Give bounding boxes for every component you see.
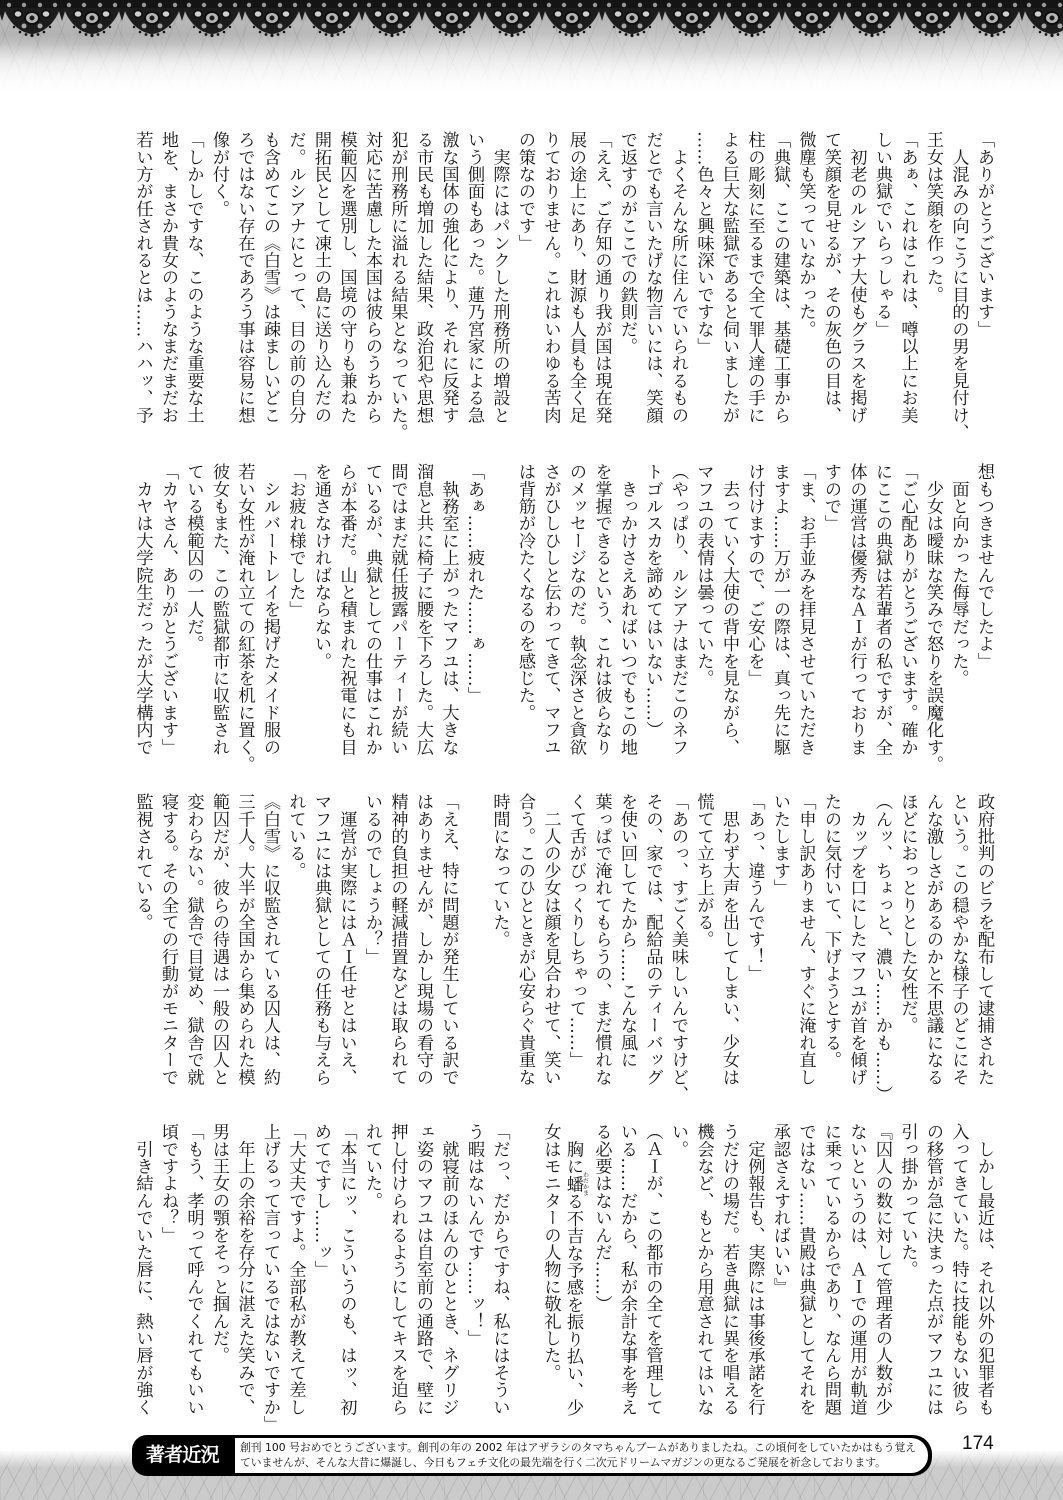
text-column: ろではない存在であろう事は容易に想 <box>231 131 257 424</box>
text-column: いる……だから、私が余計な事を考え <box>614 1123 640 1416</box>
text-column: という。この穏やかな様子のどこにそ <box>945 793 971 1086</box>
ruby-reading: わだかま <box>582 1172 589 1196</box>
text-column: だとでも言いたげな物言いには、笑顔 <box>639 131 665 424</box>
text-column: 《白雪》に収監されている囚人は、約 <box>257 793 283 1086</box>
magazine-page: 「ありがとうございます」 人混みの向こうに目的の男を見付け、 王女は笑顔を作った… <box>0 0 1063 1500</box>
text-column: 地を、まさか貴女のようなまだまだお <box>155 131 181 424</box>
text-column: の策なのです」 <box>512 131 538 424</box>
text-column: だ。ルシアナにとって、目の前の自分 <box>282 131 308 424</box>
text-column: 「カヤさん、ありがとうございます」 <box>155 463 181 756</box>
text-column: 「ええ、特に問題が発生している訳で <box>435 793 461 1086</box>
text-column: のメッセージなのだ。執念深さと貪欲 <box>563 463 589 756</box>
text-column: 「ま、お手並みを拝見させていただき <box>792 463 818 756</box>
text-column: ますよ……万が一の際は、真っ先に駆 <box>767 463 793 756</box>
text-column: 頃ですよね？」 <box>155 1123 181 1416</box>
text-column: 合う。このひとときが心安らぐ貴重な <box>512 793 538 1086</box>
text-column: シルバートレイを掲げたメイド服の <box>257 463 283 756</box>
text-column: 三千人。大半が全国から集められた模 <box>231 793 257 1086</box>
text-column: 男は王女の顎をそっと掴んだ。 <box>206 1123 232 1416</box>
text-column: マフユの表情は曇っていた。 <box>690 463 716 756</box>
text-column: 運営が実際にはＡＩ任せとはいえ、 <box>333 793 359 1086</box>
text-column: 葉っぱで淹れてもらうの、まだ慣れな <box>588 793 614 1086</box>
text-column: 「ご心配ありがとうございます。確か <box>894 463 920 756</box>
text-column: を掌握できるという、これは彼らなり <box>588 463 614 756</box>
text-column: て笑顔を見せるが、その灰色の目は、 <box>818 131 844 424</box>
page-number: 174 <box>962 1433 994 1455</box>
text-column: いるのでしょうか？」 <box>359 793 385 1086</box>
text-column: 「あっ、違うんです！」 <box>741 793 767 1086</box>
text-column: 慌てて立ち上がる。 <box>690 793 716 1086</box>
text-column: 犯が刑務所に溢れる結果となっていた。 <box>384 131 410 424</box>
text-tier-3: 政府批判のビラを配布して逮捕された という。この穏やかな様子のどこにそ んな激し… <box>129 793 996 1086</box>
author-note-label: 著者近況 <box>146 1435 234 1476</box>
scene-break-blank-column <box>512 1123 538 1416</box>
text-column: 年上の余裕を存分に湛えた笑みで、 <box>231 1123 257 1416</box>
text-column: け付けますので、ご安心を」 <box>741 463 767 756</box>
text-column: 入ってきていた。特に技能もない彼ら <box>945 1123 971 1416</box>
text-column: 「典獄、ここの建築は、基礎工事から <box>767 131 793 424</box>
text-column: にここの典獄は若輩者の私ですが、全 <box>869 463 895 756</box>
text-column: 「本当にッ、こういうのも、はッ、初 <box>333 1123 359 1416</box>
text-column: い。 <box>665 1123 691 1416</box>
text-column: れている。 <box>282 793 308 1086</box>
text-column: カヤは大学院生だったが大学構内で <box>129 463 155 756</box>
text-column: 範囚だが、彼らの待遇は一般の囚人と <box>206 793 232 1086</box>
text-column: 思わず大声を出してしまい、少女は <box>716 793 742 1086</box>
text-column: る市民も増加した結果、政治犯や思想 <box>410 131 436 424</box>
text-column: マフユには典獄としての任務も与えら <box>308 793 334 1086</box>
text-column: カップを口にしたマフユが首を傾げ <box>843 793 869 1086</box>
text-column: う暇はないんです……ッ！」 <box>461 1123 487 1416</box>
text-column: 模範囚を選別し、国境の守りも兼ねた <box>333 131 359 424</box>
text-column: （んッ、ちょっと、濃い……かも……） <box>869 793 895 1086</box>
text-column: 「申し訳ありません、すぐに淹れ直し <box>792 793 818 1086</box>
text-column: きっかけさえあればいつでもこの地 <box>614 463 640 756</box>
text-column: 対応に苦慮した本国は彼らのうちから <box>359 131 385 424</box>
text-column: を通さなければならない。 <box>308 463 334 756</box>
author-note-line: 創刊 100 号おめでとうございます。創刊の年の 2002 年はアザラシのタマち… <box>240 1440 928 1455</box>
text-column: 就寝前のほんのひととき、ネグリジ <box>435 1123 461 1416</box>
author-note-line: ていませんが、そんな大昔に爆誕し、今日もフェチ文化の最先端を行く二次元ドリームマ… <box>240 1455 928 1470</box>
text-column: 微塵も笑っていなかった。 <box>792 131 818 424</box>
text-column: 人混みの向こうに目的の男を見付け、 <box>945 131 971 424</box>
text-column: で返すのがここでの鉄則だ。 <box>614 131 640 424</box>
text-column: 監視されている。 <box>129 793 155 1086</box>
text-column: 「だっ、だからですね、私にはそうい <box>486 1123 512 1416</box>
text-column: 彼女もまた、この監獄都市に収監され <box>206 463 232 756</box>
text-column: くて舌がびっくりしちゃって……」 <box>563 793 589 1086</box>
text-segment: る不吉な予感を振り払い、少 <box>563 1193 583 1417</box>
text-column: よくそんな所に住んでいられるもの <box>665 131 691 424</box>
text-column: 「あぁ……疲れた……ぁ……」 <box>461 463 487 756</box>
text-column: ないというのは、ＡＩでの運用が軌道 <box>843 1123 869 1416</box>
text-column: 若い方が任されるとは……ハハッ、予 <box>129 131 155 424</box>
text-column: さがひしひしと伝わってきて、マフユ <box>537 463 563 756</box>
text-column: その、家では、配給品のティーバッグ <box>639 793 665 1086</box>
text-column: うだけの場だ。若き典獄に異を唱える <box>716 1123 742 1416</box>
text-column: も含めてこの《白雪》は疎ましいどこ <box>257 131 283 424</box>
text-column: 時間になっていた。 <box>486 793 512 1086</box>
text-column: ではない……貴殿は典獄としてそれを <box>792 1123 818 1416</box>
author-note-box: 著者近況 創刊 100 号おめでとうございます。創刊の年の 2002 年はアザラ… <box>132 1435 932 1476</box>
text-column: 政府批判のビラを配布して逮捕された <box>971 793 997 1086</box>
text-column: 上げるって言っているではないですか」 <box>257 1123 283 1416</box>
text-column: 「ええ、ご存知の通り我が国は現在発 <box>588 131 614 424</box>
text-column: 『囚人の数に対して管理者の人数が少 <box>869 1123 895 1416</box>
text-column: 体の運営は優秀なＡＩが行っておりま <box>843 463 869 756</box>
text-column: を使い回してたから……こんな風に <box>614 793 640 1086</box>
text-column: らが本番だ。山と積まれた祝電にも目 <box>333 463 359 756</box>
text-column: 想もつきませんでしたよ」 <box>971 463 997 756</box>
text-column: 二人の少女は顔を見合わせて、笑い <box>537 793 563 1086</box>
scene-break-blank-column <box>486 463 512 756</box>
text-column: 「もう、孝明って呼んでくれてもいい <box>180 1123 206 1416</box>
text-column: いたします」 <box>767 793 793 1086</box>
text-column: 初老のルシアナ大使もグラスを掲げ <box>843 131 869 424</box>
text-column: 機会など、もとから用意されてはいな <box>690 1123 716 1416</box>
text-column: 承認さえすればいい』 <box>767 1123 793 1416</box>
text-column: 像が付く。 <box>206 131 232 424</box>
text-column: 引き結んでいた唇に、熱い唇が強く <box>129 1123 155 1416</box>
text-column: 引っ掛かっていた。 <box>894 1123 920 1416</box>
text-tier-2: 想もつきませんでしたよ」 面と向かった侮辱だった。 少女は曖昧な笑みで怒りを誤魔… <box>129 463 996 756</box>
text-column: 押し付けられるようにしてキスを迫ら <box>384 1123 410 1416</box>
text-column: たのに気付いて、下げようとする。 <box>818 793 844 1086</box>
text-segment: 胸に <box>563 1123 583 1175</box>
text-column: 面と向かった侮辱だった。 <box>945 463 971 756</box>
text-column: 精神的負担の軽減措置などは取られて <box>384 793 410 1086</box>
text-column: りておりません。これはいわゆる苦肉 <box>537 131 563 424</box>
text-column: 「あぁ、これはこれは、噂以上にお美 <box>894 131 920 424</box>
text-column: ェ姿のマフユは自室前の通路で、壁に <box>410 1123 436 1416</box>
text-column: 女はモニターの人物に敬礼した。 <box>537 1123 563 1416</box>
text-column: いう側面もあった。蓮乃宮家による急 <box>461 131 487 424</box>
text-column: 変わらない。獄舎で目覚め、獄舎で就 <box>180 793 206 1086</box>
text-column: れていた。 <box>359 1123 385 1416</box>
text-column: ている模範囚の一人だ。 <box>180 463 206 756</box>
text-column: しかし最近は、それ以外の犯罪者も <box>971 1123 997 1416</box>
text-column: 「お疲れ様でした」 <box>282 463 308 756</box>
text-column: ほどにおっとりとした女性だ。 <box>894 793 920 1086</box>
text-tier-4: しかし最近は、それ以外の犯罪者も 入ってきていた。特に技能もない彼ら の移管が急… <box>129 1123 996 1416</box>
text-column: 柱の彫刻に至るまで全て罪人達の手に <box>741 131 767 424</box>
text-column: ているが、典獄としての仕事はこれか <box>359 463 385 756</box>
text-column-with-ruby: 胸に蟠わだかまる不吉な予感を振り払い、少 <box>563 1123 589 1416</box>
text-column: は背筋が冷たくなるのを感じた。 <box>512 463 538 756</box>
text-column: めてですし……ッ」 <box>308 1123 334 1416</box>
text-column: すので」 <box>818 463 844 756</box>
text-column: 開拓民として凍土の島に送り込んだの <box>308 131 334 424</box>
text-column: んな激しさがあるのかと不思議になる <box>920 793 946 1086</box>
text-column: 「大丈夫ですよ。全部私が教えて差し <box>282 1123 308 1416</box>
text-column: 若い女性が淹れ立ての紅茶を机に置く。 <box>231 463 257 756</box>
text-column: の移管が急に決まった点がマフユには <box>920 1123 946 1416</box>
text-column: トゴルスカを諦めてはいない……） <box>639 463 665 756</box>
text-column: 定例報告も、実際には事後承諾を行 <box>741 1123 767 1416</box>
text-column: 「ありがとうございます」 <box>971 131 997 424</box>
text-column: 「しかしですな、このような重要な土 <box>180 131 206 424</box>
text-column: 寝する。その全ての行動がモニターで <box>155 793 181 1086</box>
text-column: （やっぱり、ルシアナはまだこのネフ <box>665 463 691 756</box>
text-column: 間ではまだ就任披露パーティーが続い <box>384 463 410 756</box>
text-tier-1: 「ありがとうございます」 人混みの向こうに目的の男を見付け、 王女は笑顔を作った… <box>129 131 996 424</box>
text-column: 王女は笑顔を作った。 <box>920 131 946 424</box>
text-column: ……色々と興味深いですな」 <box>690 131 716 424</box>
text-column: しい典獄でいらっしゃる」 <box>869 131 895 424</box>
scene-break-blank-column <box>461 793 487 1086</box>
text-column: はありませんが、しかし現場の看守の <box>410 793 436 1086</box>
ruby-annotation: 蟠わだかま <box>563 1175 583 1193</box>
text-column: に乗っているからであり、なんら問題 <box>818 1123 844 1416</box>
text-column: る必要はないんだ……） <box>588 1123 614 1416</box>
text-column: （ＡＩが、この都市の全てを管理して <box>639 1123 665 1416</box>
text-column: 展の途上にあり、財源も人員も全く足 <box>563 131 589 424</box>
text-column: 少女は曖昧な笑みで怒りを誤魔化す。 <box>920 463 946 756</box>
text-column: 「あのっ、すごく美味しいんですけど、 <box>665 793 691 1086</box>
text-column: 実際にはパンクした刑務所の増設と <box>486 131 512 424</box>
text-column: よる巨大な監獄であると伺いましたが <box>716 131 742 424</box>
lace-border-icon <box>0 0 1063 40</box>
text-column: 激な国体の強化により、それに反発す <box>435 131 461 424</box>
text-column: 去っていく大使の背中を見ながら、 <box>716 463 742 756</box>
text-column: 溜息と共に椅子に腰を下ろした。大広 <box>410 463 436 756</box>
text-column: 執務室に上がったマフユは、大きな <box>435 463 461 756</box>
author-note-body: 創刊 100 号おめでとうございます。創刊の年の 2002 年はアザラシのタマち… <box>235 1438 928 1473</box>
